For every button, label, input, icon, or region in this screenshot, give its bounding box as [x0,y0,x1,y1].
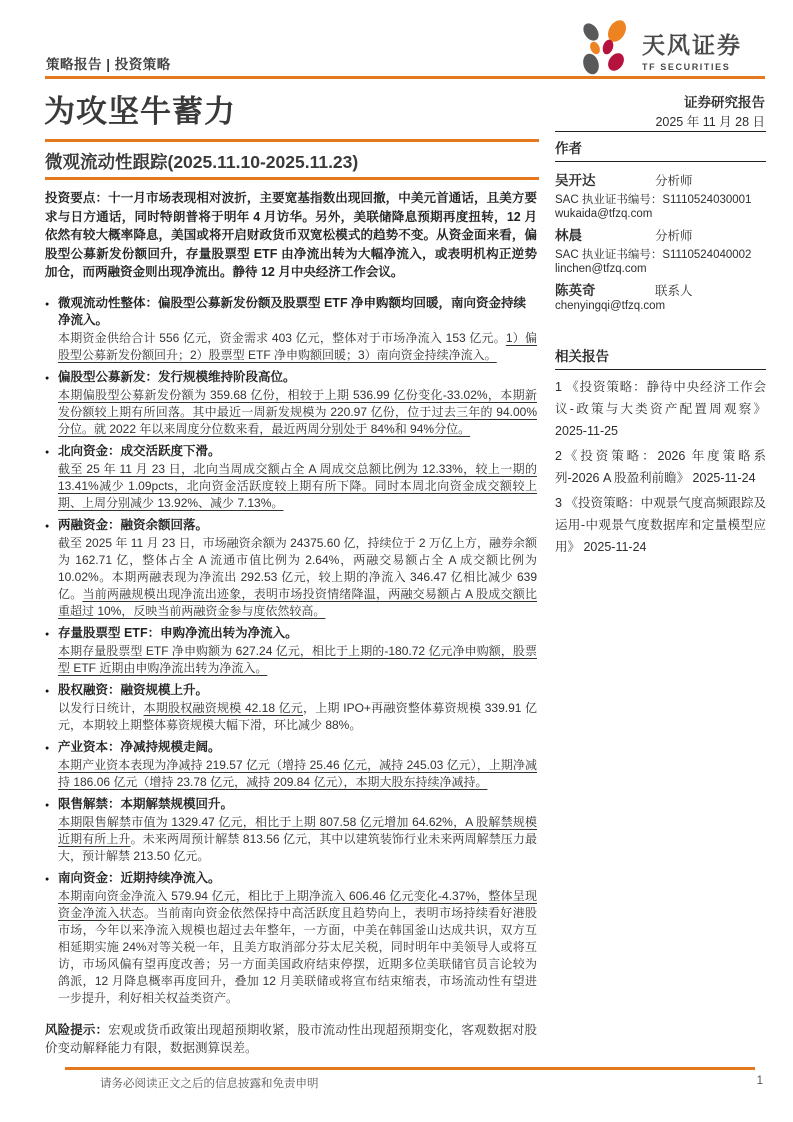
author-email: wukaida@tfzq.com [555,208,766,220]
report-section: ●限售解禁：本期解禁规模回升。本期限售解禁市值为 1329.47 亿元，相比于上… [45,796,537,865]
author-email: linchen@tfzq.com [555,263,766,275]
authors-heading: 作者 [555,132,766,161]
section-body: 本期存量股票型 ETF 净申购额为 627.24 亿元，相比于上期的-180.7… [58,643,537,677]
tf-logo-flower-icon [578,20,634,78]
report-date: 2025 年 11 月 28 日 [655,112,765,130]
author-name: 林晨 [555,224,655,244]
bullet-icon: ● [45,870,58,1007]
page-number: 1 [757,1075,763,1087]
section-heading: 微观流动性整体：偏股型公募新发份额及股票型 ETF 净申购额均回暖，南向资金持续… [58,295,537,329]
section-heading: 存量股票型 ETF：申购净流出转为净流入。 [58,625,537,642]
section-heading: 限售解禁：本期解禁规模回升。 [58,796,537,813]
section-body: 截至 25 年 11 月 23 日，北向当周成交额占全 A 周成交总额比例为 1… [58,461,537,512]
section-content: 偏股型公募新发：发行规模维持阶段高位。本期偏股型公募新发份额为 359.68 亿… [58,369,537,438]
section-text-segment: 本期股权融资规模 42.18 亿元 [144,701,303,715]
section-content: 微观流动性整体：偏股型公募新发份额及股票型 ETF 净申购额均回暖，南向资金持续… [58,295,537,364]
bullet-icon: ● [45,443,58,512]
bullet-icon: ● [45,369,58,438]
sections: ●微观流动性整体：偏股型公募新发份额及股票型 ETF 净申购额均回暖，南向资金持… [45,295,537,1007]
author-name-row: 陈英奇联系人 [555,279,766,299]
author-name-row: 林晨分析师 [555,224,766,244]
section-body: 本期南向资金净流入 579.94 亿元，相比于上期净流入 606.46 亿元变化… [58,888,537,1007]
report-type-label: 证券研究报告 [684,91,765,111]
report-subtitle: 微观流动性跟踪(2025.11.10-2025.11.23) [45,149,358,174]
bullet-icon: ● [45,796,58,865]
report-section: ●股权融资：融资规模上升。以发行日统计，本期股权融资规模 42.18 亿元，上期… [45,682,537,734]
section-content: 两融资金：融资余额回落。截至 2025 年 11 月 23 日，市场融资余额为 … [58,517,537,620]
author-email: chenyingqi@tfzq.com [555,300,766,312]
related-report-item: 3 《投资策略：中观景气度高频跟踪及运用-中观景气度数据库和定量模型应用》 20… [555,492,766,558]
section-heading: 产业资本：净减持规模走阔。 [58,739,537,756]
author-role: 联系人 [655,281,693,299]
summary-text: 十一月市场表现相对波折，主要宽基指数出现回撤，中美元首通话，且美方要求与日方通话… [45,191,537,279]
author-entry: 林晨分析师SAC 执业证书编号：S1110524040002linchen@tf… [555,224,766,275]
report-section: ●北向资金：成交活跃度下滑。截至 25 年 11 月 23 日，北向当周成交额占… [45,443,537,512]
bullet-icon: ● [45,739,58,791]
bullet-icon: ● [45,517,58,620]
author-role: 分析师 [655,226,693,244]
section-heading: 偏股型公募新发：发行规模维持阶段高位。 [58,369,537,386]
header-divider [45,76,765,79]
investment-summary: 投资要点：十一月市场表现相对波折，主要宽基指数出现回撤，中美元首通话，且美方要求… [45,189,537,282]
author-name: 陈英奇 [555,279,655,299]
authors-list: 吴开达分析师SAC 执业证书编号：S1110524030001wukaida@t… [555,162,766,312]
section-text-segment: 当前两融规模出现净流出迹象，表明市场投资情绪降温，两融交易额占 A 股成交额比重… [58,587,537,618]
section-heading: 两融资金：融资余额回落。 [58,517,537,534]
author-role: 分析师 [655,171,693,189]
section-heading: 北向资金：成交活跃度下滑。 [58,443,537,460]
author-name: 吴开达 [555,169,655,189]
section-heading: 股权融资：融资规模上升。 [58,682,537,699]
section-text-segment: 本期偏股型公募新发份额为 359.68 亿份，相较于上期 536.99 亿份变化… [58,388,537,436]
page-title: 为攻坚牛蓄力 [44,86,236,131]
report-page: 策略报告 | 投资策略 天风证券 TF SECURITIES 为攻坚牛蓄力 证券… [0,0,793,1122]
report-section: ●两融资金：融资余额回落。截至 2025 年 11 月 23 日，市场融资余额为… [45,517,537,620]
main-content: 投资要点：十一月市场表现相对波折，主要宽基指数出现回撤，中美元首通话，且美方要求… [45,189,537,1057]
summary-label: 投资要点： [45,191,108,205]
section-content: 北向资金：成交活跃度下滑。截至 25 年 11 月 23 日，北向当周成交额占全… [58,443,537,512]
section-body: 截至 2025 年 11 月 23 日，市场融资余额为 24375.60 亿，持… [58,535,537,620]
section-text-segment: 。未来两周预计解禁 813.56 亿元，其中以建筑装饰行业未来两周解禁压力最大，… [58,832,537,863]
risk-label: 风险提示： [45,1023,108,1037]
sidebar-spacer [555,316,766,340]
related-report-item: 2《投资策略：2026 年度策略系列-2026 A 股盈利前瞻》 2025-11… [555,445,766,489]
risk-text: 宏观或货币政策出现超预期收紧，股市流动性出现超预期变化，客观数据对股价变动解释能… [45,1023,537,1055]
report-category: 策略报告 | 投资策略 [46,53,171,73]
risk-warning: 风险提示：宏观或货币政策出现超预期收紧，股市流动性出现超预期变化，客观数据对股价… [45,1021,537,1057]
bullet-icon: ● [45,682,58,734]
bullet-icon: ● [45,625,58,677]
author-name-row: 吴开达分析师 [555,169,766,189]
author-certificate: SAC 执业证书编号：S1110524030001 [555,191,766,207]
author-certificate: SAC 执业证书编号：S1110524040002 [555,246,766,262]
author-entry: 陈英奇联系人chenyingqi@tfzq.com [555,279,766,312]
section-text-segment: 截至 25 年 11 月 23 日，北向当周成交额占全 A 周成交总额比例为 1… [58,462,537,510]
section-body: 以发行日统计，本期股权融资规模 42.18 亿元，上期 IPO+再融资整体募资规… [58,700,537,734]
section-body: 本期资金供给合计 556 亿元，资金需求 403 亿元，整体对于市场净流入 15… [58,330,537,364]
footer-disclaimer: 请务必阅读正文之后的信息披露和免责申明 [100,1075,319,1091]
title-divider [45,139,539,142]
section-content: 存量股票型 ETF：申购净流出转为净流入。本期存量股票型 ETF 净申购额为 6… [58,625,537,677]
section-content: 限售解禁：本期解禁规模回升。本期限售解禁市值为 1329.47 亿元，相比于上期… [58,796,537,865]
section-text-segment: 以发行日统计， [58,701,144,715]
report-section: ●微观流动性整体：偏股型公募新发份额及股票型 ETF 净申购额均回暖，南向资金持… [45,295,537,364]
related-reports-heading: 相关报告 [555,340,766,369]
section-content: 南向资金：近期持续净流入。本期南向资金净流入 579.94 亿元，相比于上期净流… [58,870,537,1007]
logo-brand-name: 天风证券 [642,27,742,60]
section-text-segment: 本期资金供给合计 556 亿元，资金需求 403 亿元，整体对于市场净流入 15… [58,331,506,345]
logo-brand-subname: TF SECURITIES [642,62,742,72]
section-text-segment: 。当前南向资金依然保持中高活跃度且趋势向上，表明市场持续看好港股市场，今年以来净… [58,906,537,1005]
author-entry: 吴开达分析师SAC 执业证书编号：S1110524030001wukaida@t… [555,169,766,220]
section-content: 产业资本：净减持规模走阔。本期产业资本表现为净减持 219.57 亿元（增持 2… [58,739,537,791]
section-body: 本期限售解禁市值为 1329.47 亿元，相比于上期 807.58 亿元增加 6… [58,814,537,865]
report-section: ●存量股票型 ETF：申购净流出转为净流入。本期存量股票型 ETF 净申购额为 … [45,625,537,677]
subtitle-divider [45,177,539,180]
section-body: 本期偏股型公募新发份额为 359.68 亿份，相较于上期 536.99 亿份变化… [58,387,537,438]
tf-securities-logo: 天风证券 TF SECURITIES [578,20,742,78]
section-text-segment: 本期产业资本表现为净减持 219.57 亿元（增持 25.46 亿元，减持 24… [58,758,537,789]
related-report-item: 1 《投资策略：静待中央经济工作会议-政策与大类资产配置周观察》 2025-11… [555,376,766,442]
section-body: 本期产业资本表现为净减持 219.57 亿元（增持 25.46 亿元，减持 24… [58,757,537,791]
section-content: 股权融资：融资规模上升。以发行日统计，本期股权融资规模 42.18 亿元，上期 … [58,682,537,734]
report-section: ●偏股型公募新发：发行规模维持阶段高位。本期偏股型公募新发份额为 359.68 … [45,369,537,438]
section-heading: 南向资金：近期持续净流入。 [58,870,537,887]
section-text-segment: 本期存量股票型 ETF 净申购额为 627.24 亿元，相比于上期的-180.7… [58,644,537,675]
report-section: ●产业资本：净减持规模走阔。本期产业资本表现为净减持 219.57 亿元（增持 … [45,739,537,791]
report-section: ●南向资金：近期持续净流入。本期南向资金净流入 579.94 亿元，相比于上期净… [45,870,537,1007]
related-reports-list: 1 《投资策略：静待中央经济工作会议-政策与大类资产配置周观察》 2025-11… [555,370,766,558]
bullet-icon: ● [45,295,58,364]
sidebar: 作者 吴开达分析师SAC 执业证书编号：S1110524030001wukaid… [555,131,766,561]
footer-divider [65,1067,755,1070]
